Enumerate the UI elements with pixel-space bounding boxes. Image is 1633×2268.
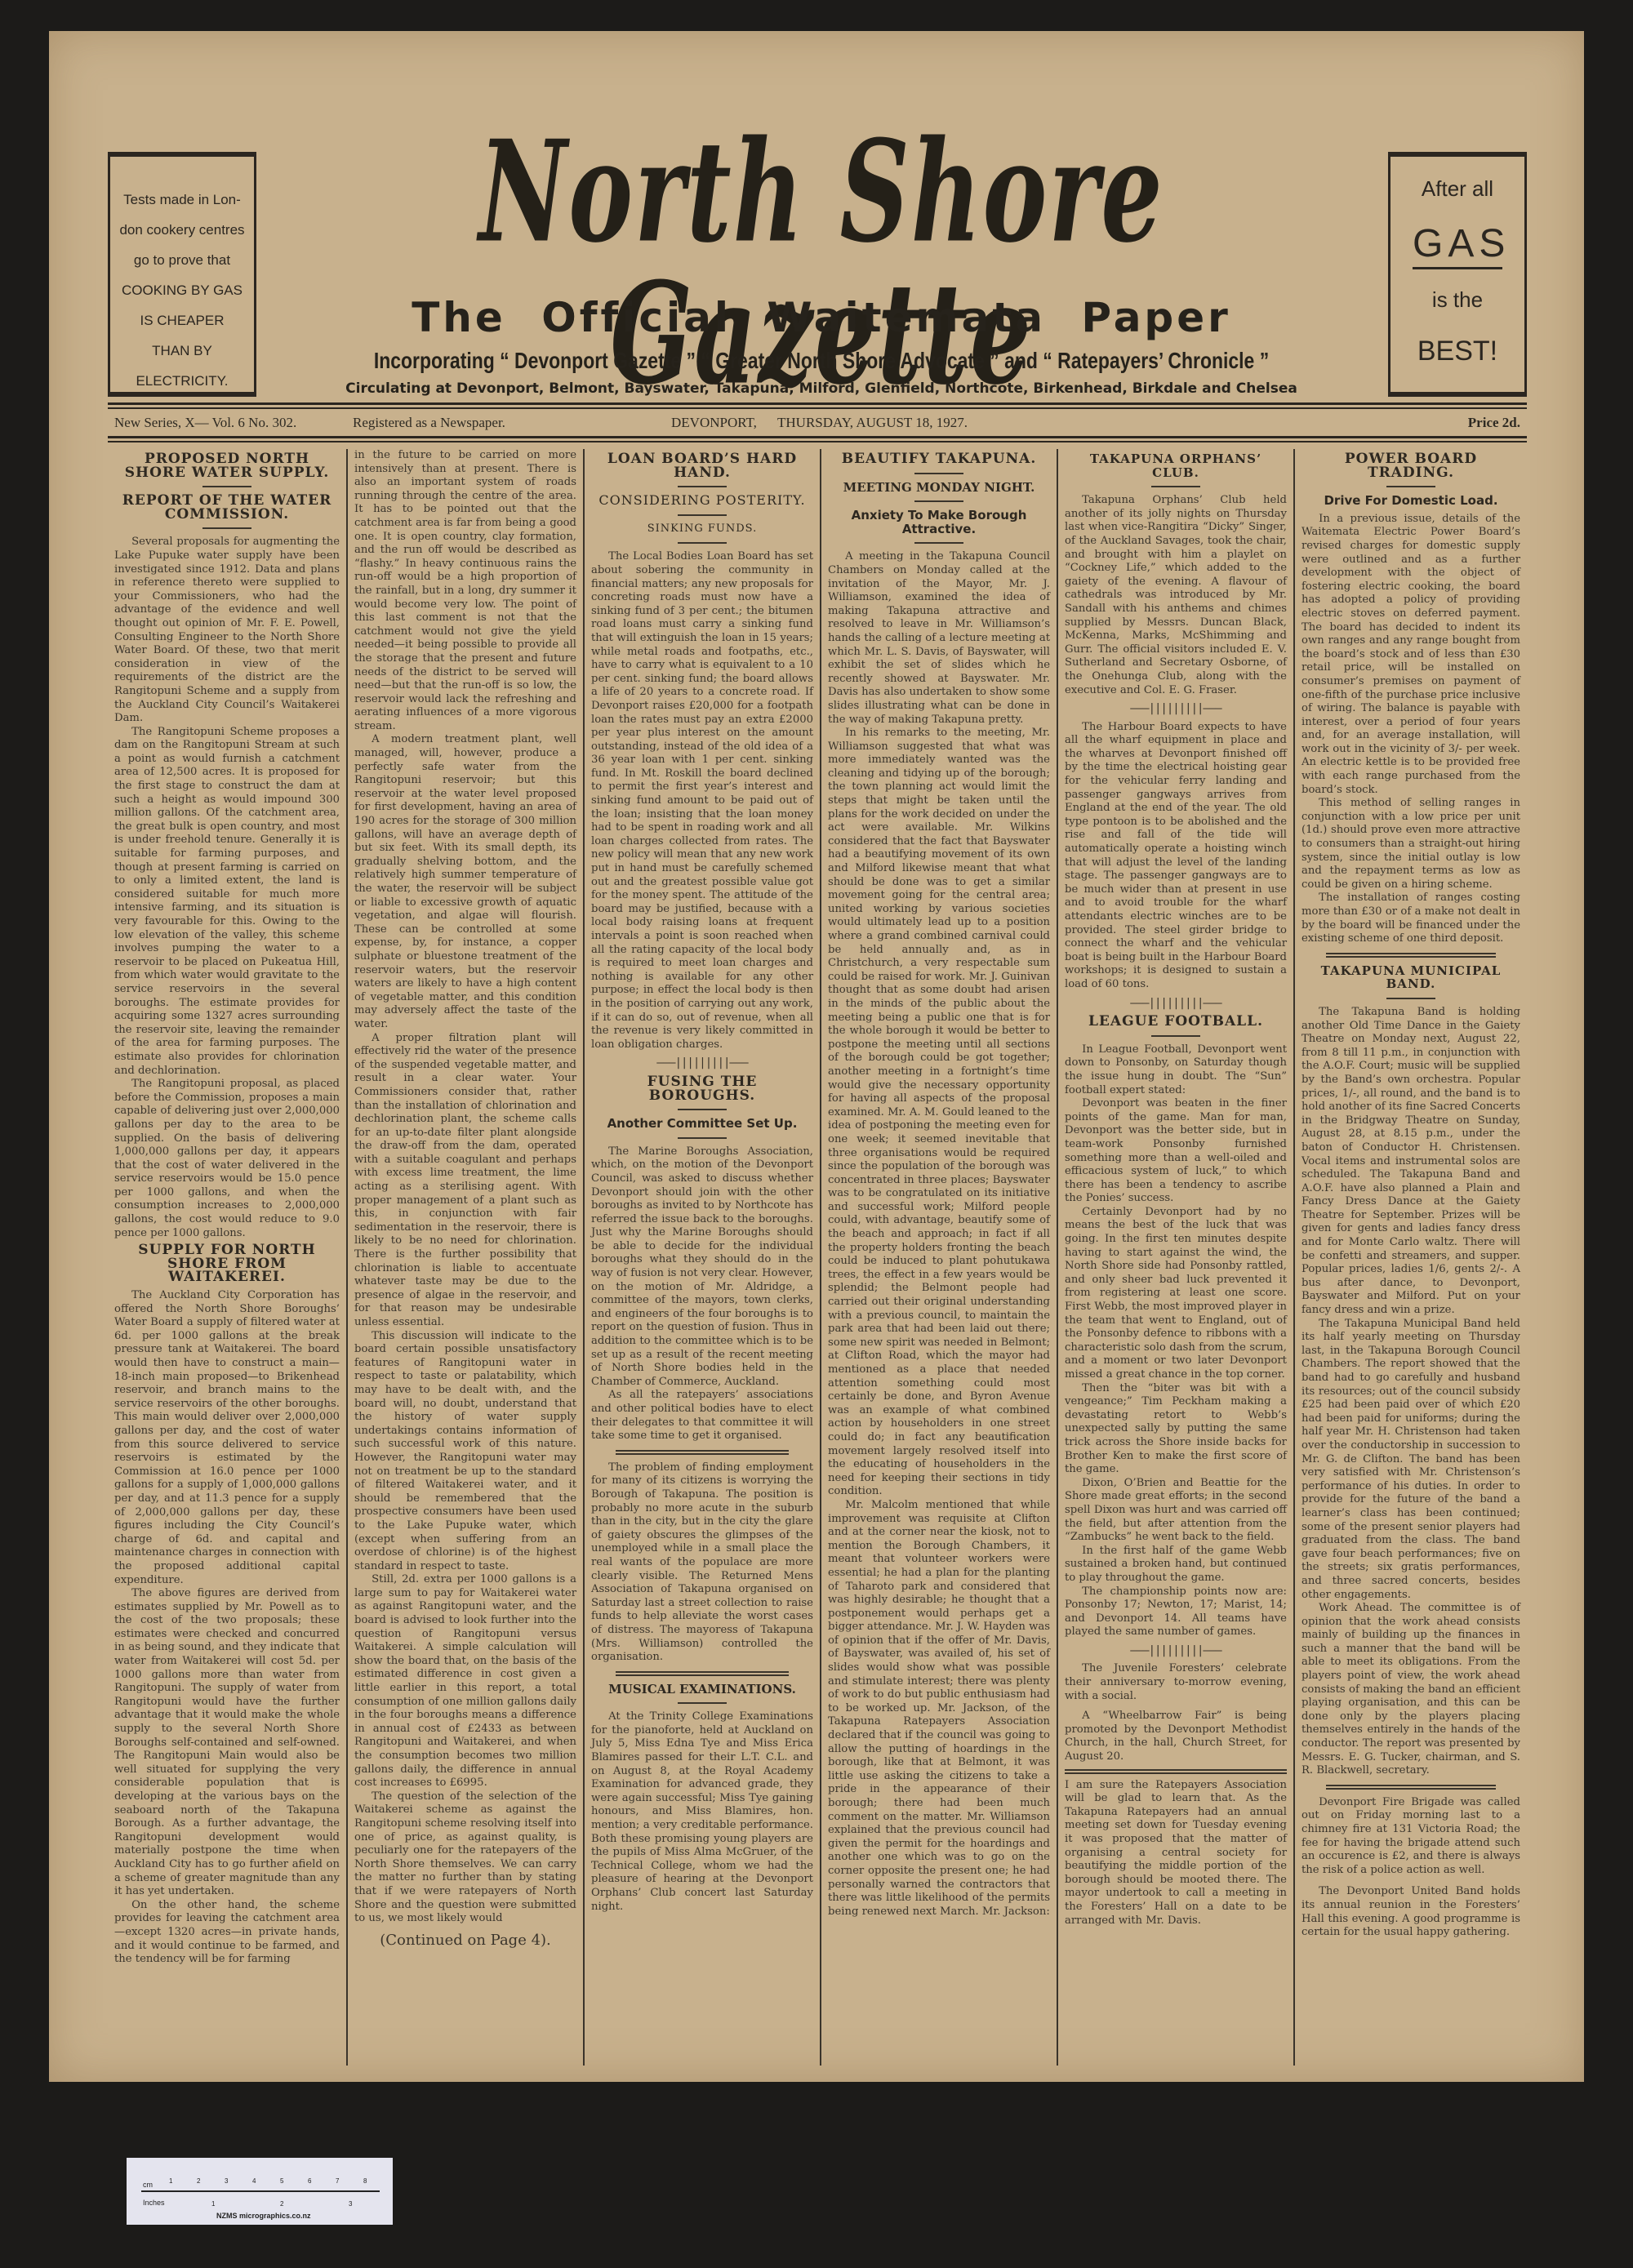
subhead-sinking-funds: SINKING FUNDS. (591, 523, 813, 536)
ad-line: COOKING BY GAS (110, 275, 254, 305)
inch-tick: 1 (211, 2200, 215, 2208)
paragraph: In the first half of the game Webb susta… (1065, 1545, 1287, 1585)
ornament-divider: ———|||||||||——— (1065, 702, 1287, 716)
paragraph: As all the ratepayers’ associations and … (591, 1389, 813, 1443)
newspaper-page: Tests made in Lon- don cookery centres g… (49, 31, 1584, 2082)
column-1: PROPOSED NORTH SHORE WATER SUPPLY. REPOR… (108, 449, 346, 2066)
paragraph: The Marine Boroughs Association, which, … (591, 1145, 813, 1390)
paragraph: A modern treatment plant, well managed, … (354, 733, 576, 1031)
paragraph: Takapuna Orphans’ Club held another of i… (1065, 494, 1287, 697)
paragraph: The Takapuna Band is holding another Old… (1302, 1006, 1520, 1318)
paragraph: A “Wheelbarrow Fair” is being promoted b… (1065, 1710, 1287, 1763)
divider (202, 527, 251, 529)
ornament-divider: ———|||||||||——— (1065, 1644, 1287, 1658)
divider (1151, 1035, 1200, 1037)
registered-notice: Registered as a Newspaper. (353, 415, 505, 431)
price: Price 2d. (1468, 415, 1520, 431)
issue-date: THURSDAY, AUGUST 18, 1927. (777, 415, 968, 431)
subhead-waitakerei: SUPPLY FOR NORTH SHORE FROM WAITAKEREI. (114, 1243, 340, 1284)
paragraph: The Rangitopuni Scheme proposes a dam on… (114, 726, 340, 1078)
paragraph: in the future to be carried on more inte… (354, 449, 576, 733)
paragraph: Certainly Devonport had by no means the … (1065, 1206, 1287, 1382)
masthead-rule (108, 402, 1527, 409)
headline-power-board: POWER BOARD TRADING. (1302, 452, 1520, 479)
divider (202, 486, 251, 487)
cm-tick: 6 (308, 2177, 311, 2185)
ornament-divider: ———|||||||||——— (591, 1056, 813, 1070)
paragraph: In his remarks to the meeting, Mr. Willi… (828, 727, 1050, 1499)
column-3: LOAN BOARD’S HARD HAND. CONSIDERING POST… (583, 449, 820, 2066)
subhead-water-commission: REPORT OF THE WATER COMMISSION. (114, 494, 340, 521)
paragraph: The question of the selection of the Wai… (354, 1790, 576, 1926)
headline-beautify-takapuna: BEAUTIFY TAKAPUNA. (828, 452, 1050, 466)
headline-fusing-boroughs: FUSING THE BOROUGHS. (591, 1075, 813, 1102)
subhead-considering-posterity: CONSIDERING POSTERITY. (591, 494, 813, 508)
gas-ad-left: Tests made in Lon- don cookery centres g… (108, 152, 256, 397)
series-info: New Series, X— Vol. 6 No. 302. (114, 415, 296, 431)
paragraph: This method of selling ranges in conjunc… (1302, 797, 1520, 892)
ad-line: BEST! (1390, 336, 1524, 367)
continued-notice: (Continued on Page 4). (354, 1934, 576, 1948)
column-4: BEAUTIFY TAKAPUNA. MEETING MONDAY NIGHT.… (820, 449, 1057, 2066)
divider (678, 542, 727, 544)
paragraph: Mr. Malcolm mentioned that while improve… (828, 1499, 1050, 1919)
ad-line: IS CHEAPER (110, 305, 254, 336)
cm-tick: 1 (169, 2177, 172, 2185)
inch-tick: 2 (280, 2200, 283, 2208)
paragraph: The Juvenile Foresters’ celebrate their … (1065, 1662, 1287, 1703)
ad-line: Tests made in Lon- (110, 185, 254, 215)
divider (1386, 486, 1435, 487)
paragraph: The Takapuna Municipal Band held its hal… (1302, 1318, 1520, 1602)
ad-line: go to prove that (110, 245, 254, 275)
masthead: Tests made in Lon- don cookery centres g… (108, 121, 1527, 398)
subhead-anxiety: Anxiety To Make Borough Attractive. (828, 509, 1050, 536)
divider (914, 473, 963, 474)
paragraph: The Devonport United Band holds its annu… (1302, 1885, 1520, 1939)
subhead-domestic-load: Drive For Domestic Load. (1302, 494, 1520, 508)
paragraph: The Harbour Board expects to have all th… (1065, 721, 1287, 992)
ad-line: is the (1390, 287, 1524, 313)
inch-tick: 3 (349, 2200, 352, 2208)
cm-tick: 3 (225, 2177, 228, 2185)
place: DEVONPORT, (671, 415, 757, 431)
inches-label: Inches (143, 2199, 165, 2207)
article-columns: PROPOSED NORTH SHORE WATER SUPPLY. REPOR… (108, 449, 1527, 2066)
divider (678, 1109, 727, 1110)
paragraph: The Rangitopuni proposal, as placed befo… (114, 1078, 340, 1240)
paragraph: On the other hand, the scheme provides f… (114, 1899, 340, 1967)
double-rule (1326, 953, 1496, 958)
cm-tick: 7 (336, 2177, 339, 2185)
divider (914, 500, 963, 502)
ad-line: After all (1390, 176, 1524, 202)
paragraph: Then the “biter was bit with a vengeance… (1065, 1382, 1287, 1477)
cm-tick: 5 (280, 2177, 283, 2185)
headline-water-supply: PROPOSED NORTH SHORE WATER SUPPLY. (114, 452, 340, 479)
paragraph: Several proposals for augmenting the Lak… (114, 536, 340, 725)
subhead-meeting-monday: MEETING MONDAY NIGHT. (828, 481, 1050, 495)
double-rule (1065, 1769, 1287, 1774)
paragraph: Devonport was beaten in the finer points… (1065, 1097, 1287, 1206)
ad-line-gas: GAS (1413, 221, 1502, 269)
ornament-divider: ———|||||||||——— (1065, 997, 1287, 1011)
newspaper-subtitle: The Official Waitemata Paper (263, 294, 1380, 341)
paragraph: The installation of ranges costing more … (1302, 892, 1520, 945)
cm-tick: 2 (197, 2177, 200, 2185)
paragraph: Dixon, O’Brien and Beattie for the Shore… (1065, 1477, 1287, 1545)
paragraph: This discussion will indicate to the boa… (354, 1330, 576, 1574)
paragraph: At the Trinity College Examinations for … (591, 1710, 813, 1914)
divider (1386, 998, 1435, 999)
headline-orphans-club: TAKAPUNA ORPHANS’ CLUB. (1065, 452, 1287, 479)
column-2: in the future to be carried on more inte… (346, 449, 583, 2066)
paragraph: The championship points now are: Ponsonb… (1065, 1585, 1287, 1639)
paragraph: I am sure the Ratepayers Association wil… (1065, 1779, 1287, 1928)
paragraph: A proper filtration plant will effective… (354, 1032, 576, 1330)
ruler-bar (141, 2190, 380, 2192)
column-6: POWER BOARD TRADING. Drive For Domestic … (1293, 449, 1527, 2066)
paragraph: In League Football, Devonport went down … (1065, 1043, 1287, 1097)
cm-label: cm (143, 2181, 153, 2189)
double-rule (1326, 1785, 1496, 1790)
incorporating-line: Incorporating “ Devonport Gazette ” “ Gr… (363, 348, 1279, 374)
paragraph: Work Ahead. The committee is of opinion … (1302, 1602, 1520, 1778)
paragraph: A meeting in the Takapuna Council Chambe… (828, 550, 1050, 727)
ad-line: ELECTRICITY. (110, 366, 254, 396)
paragraph: The above figures are derived from estim… (114, 1587, 340, 1899)
headline-loan-board: LOAN BOARD’S HARD HAND. (591, 452, 813, 479)
headline-municipal-band: TAKAPUNA MUNICIPAL BAND. (1302, 964, 1520, 991)
double-rule (616, 1671, 789, 1676)
circulating-line: Circulating at Devonport, Belmont, Baysw… (263, 380, 1380, 397)
cm-tick: 8 (363, 2177, 367, 2185)
paragraph: Devonport Fire Brigade was called out on… (1302, 1796, 1520, 1878)
paragraph: The Auckland City Corporation has offere… (114, 1289, 340, 1587)
dateline-rule (108, 436, 1527, 442)
paragraph: The Local Bodies Loan Board has set abou… (591, 550, 813, 1052)
double-rule (616, 1450, 789, 1455)
divider (678, 514, 727, 516)
cm-tick: 4 (252, 2177, 256, 2185)
headline-musical-exams: MUSICAL EXAMINATIONS. (591, 1683, 813, 1697)
paragraph: Still, 2d. extra per 1000 gallons is a l… (354, 1573, 576, 1790)
ad-line: THAN BY (110, 336, 254, 366)
subhead-committee: Another Committee Set Up. (591, 1117, 813, 1131)
nzms-brand: NZMS micrographics.co.nz (216, 2212, 311, 2220)
divider (678, 1702, 727, 1704)
divider (678, 1137, 727, 1139)
divider (1151, 486, 1200, 487)
dateline: New Series, X— Vol. 6 No. 302. Registere… (108, 415, 1527, 434)
paragraph: In a previous issue, details of the Wait… (1302, 513, 1520, 797)
ad-line: don cookery centres (110, 215, 254, 245)
divider (678, 486, 727, 487)
gas-ad-right: After all GAS is the BEST! (1388, 152, 1527, 397)
column-5: TAKAPUNA ORPHANS’ CLUB. Takapuna Orphans… (1057, 449, 1293, 2066)
scale-ruler: cm 1 2 3 4 5 6 7 8 Inches 1 2 3 NZMS mic… (127, 2158, 393, 2225)
headline-league-football: LEAGUE FOOTBALL. (1065, 1015, 1287, 1029)
divider (914, 542, 963, 544)
paragraph: The problem of finding employment for ma… (591, 1461, 813, 1665)
